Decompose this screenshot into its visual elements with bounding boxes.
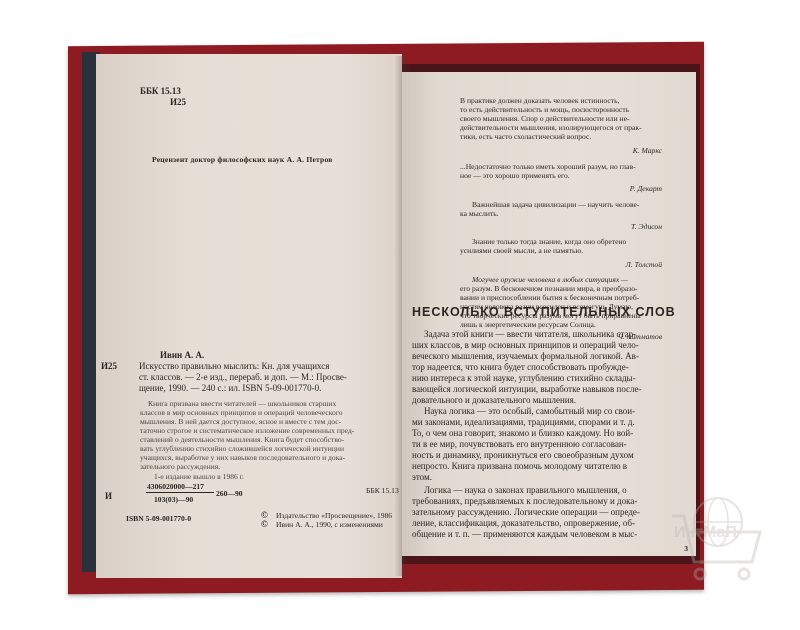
call-index: И25: [101, 361, 117, 372]
body-line: Задача этой книги — ввести читателя, шко…: [424, 330, 636, 339]
code-suffix: 260—90: [216, 489, 243, 498]
annotation-line: учащихся, выработке у них навыков послед…: [140, 453, 345, 462]
annotation-line: вать углублению стихийно сложившейся лог…: [140, 444, 344, 453]
body-line: ти в ее мир, почувствовать его внутренню…: [412, 440, 627, 449]
body-line: вающейся логической интуиции, выработке …: [412, 385, 642, 394]
author-name: Ивин А. А.: [160, 350, 204, 361]
epigraph-line: усилиями своей мысли, а не памятью.: [460, 246, 583, 255]
body-line: этом.: [412, 473, 432, 482]
epigraph-line: действительности мышления, изолирующегос…: [460, 123, 642, 132]
annotation-line: ставлений о деятельности мышления. Книга…: [140, 435, 344, 444]
code-numerator: 4306020000—217: [147, 482, 204, 491]
annotation-line: таточно строгое и систематическое изложе…: [140, 426, 354, 435]
annotation-line: мышления. В ней дается доступное, ясное …: [140, 417, 341, 426]
epigraph-line: ное — это хорошо применять его.: [460, 171, 570, 180]
code-denominator: 103(03)—90: [154, 495, 193, 504]
epigraph-line: В практике должен доказать человек истин…: [460, 96, 619, 105]
copyright-line: Ивин А. А., 1990, с изменениями: [276, 520, 383, 529]
body-line: Наука логика — это особый, самобытный ми…: [424, 407, 635, 416]
body-line: ми законами, идеализациями, традициями, …: [412, 418, 635, 427]
body-line: Логика — наука о законах правильного мыш…: [424, 486, 627, 495]
epigraph-line: Знание только тогда знание, когда оно об…: [472, 237, 626, 246]
epigraph-line: Важнейшая задача цивилизации — научить ч…: [472, 200, 639, 209]
isbn: ISBN 5-09-001770-0: [126, 514, 191, 523]
epigraph-line: то есть действительность и мощь, посюсто…: [460, 105, 629, 114]
body-line: довательного и доказательного мышления.: [412, 396, 576, 405]
epigraph-line: ка мыслить.: [460, 209, 499, 218]
body-line: тор надеется, что книга будет способство…: [412, 363, 629, 372]
annotation-line: зательного рассуждения.: [140, 462, 220, 471]
copyright-line: Издательство «Просвещение», 1986: [276, 511, 392, 520]
body-line: общение и т. п. — применяются каждым чел…: [412, 530, 637, 539]
annotation-line: классов в мир основных принципов и опера…: [140, 408, 343, 417]
epigraph-line: его разум. В бесконечном познании мира, …: [460, 284, 638, 293]
epigraph-line: Могучее оружие человека в любых ситуация…: [472, 275, 628, 284]
copyright-icon: ©: [261, 519, 268, 530]
body-line: ность и динамику, проникнуться его своео…: [412, 451, 634, 460]
reviewer-line: Рецензент доктор философских наук А. А. …: [152, 155, 333, 164]
epigraph-line: ...Недостаточно только иметь хороший раз…: [460, 162, 636, 171]
annotation-line: Книга призвана ввести читателей — школьн…: [148, 399, 336, 408]
body-line: зательному рассуждению. Логические опера…: [412, 508, 640, 517]
body-line: веческого мышления, изучаемых формальной…: [412, 352, 639, 361]
epigraph-author: К. Маркс: [633, 146, 662, 155]
bib-line: ст. классов. — 2-е изд., перераб. и доп.…: [139, 372, 347, 383]
right-page: В практике должен доказать человек истин…: [402, 72, 696, 556]
body-line: нию интереса к этой науке, углублению ст…: [412, 374, 636, 383]
epigraph-author: Р. Декарт: [630, 184, 662, 193]
epigraph-line: тики, есть часто схоластический вопрос.: [460, 132, 591, 141]
epigraph-author: Л. Толстой: [626, 260, 662, 269]
body-line: непросто. Книга призвана помочь молодому…: [412, 462, 627, 471]
epigraph-line: своего мышления. Спор о действительности…: [460, 114, 630, 123]
epigraph-line: лишь к энергетическим ресурсам Солнца.: [460, 320, 596, 329]
body-line: То, о чем она говорит, знакомо и близко …: [412, 429, 633, 438]
bib-line: Искусство правильно мыслить: Кн. для уча…: [139, 361, 329, 372]
body-line: требованиях, предъявляемых к последовате…: [412, 497, 637, 506]
body-line: ших классов, в мир основных принципов и …: [412, 341, 639, 350]
bbk-code: ББК 15.13: [140, 86, 181, 97]
epigraph-author: Т. Эдисон: [631, 222, 662, 231]
bib-line: щение, 1990. — 240 с.: ил. ISBN 5-09-001…: [139, 383, 321, 394]
watermark-text: ИнтМаП: [674, 524, 737, 542]
author-index: И25: [170, 97, 186, 108]
section-heading: НЕСКОЛЬКО ВСТУПИТЕЛЬНЫХ СЛОВ: [412, 305, 676, 319]
store-watermark: ИнтМаП: [668, 488, 768, 588]
left-page: ББК 15.13 И25 Рецензент доктор философск…: [96, 54, 402, 578]
first-edition-note: 1-е издание вышло в 1986 г.: [154, 472, 244, 481]
body-line: ление, классификация, доказательство, оп…: [412, 519, 635, 528]
code-letter: И: [105, 491, 112, 502]
fraction-line: [146, 492, 214, 493]
epigraph-line: вании и приспособлении бытия к бесконечн…: [460, 293, 639, 302]
